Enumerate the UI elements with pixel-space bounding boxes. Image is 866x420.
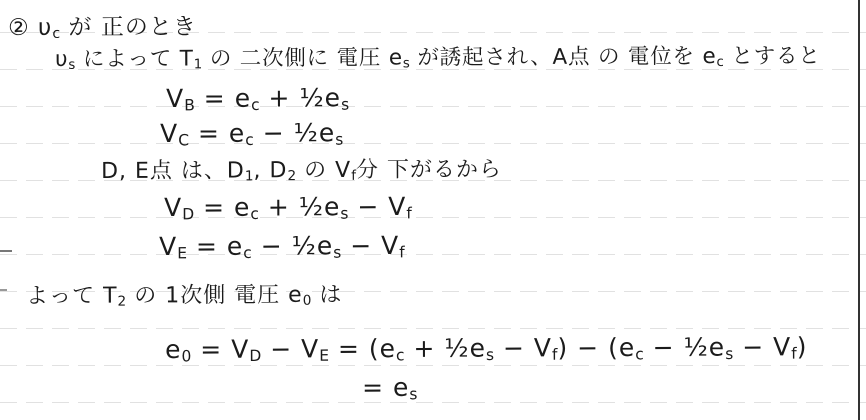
handwritten-equation-ve: VE = ec − ½es − Vf [159, 231, 405, 262]
handwritten-equation-vd: VD = ec + ½es − Vf [164, 192, 412, 223]
handwritten-line-explanation-output: よって T2 の 1次側 電圧 e0 は [26, 278, 342, 310]
handwritten-equation-vc: VC = ec − ½es [160, 118, 343, 149]
handwritten-equation-vb: VB = ec + ½es [166, 83, 349, 114]
page-edge-line [858, 0, 860, 420]
rule-edge-mark [0, 289, 7, 291]
handwritten-equation-eo: e0 = VD − VE = (ec + ½es − Vf) − (ec − ½… [165, 332, 807, 365]
rule-edge-mark [0, 250, 12, 252]
notebook-page: ② υc が 正のとき υs によって T1 の 二次側に 電圧 es が誘起さ… [0, 0, 866, 420]
handwritten-line-explanation-drop: D, E点 は、D1, D2 の Vf分 下がるから [101, 152, 502, 185]
handwritten-line-explanation-induce: υs によって T1 の 二次側に 電圧 es が誘起され、A点 の 電位を e… [55, 39, 821, 73]
handwritten-equation-eo-result: = es [362, 373, 417, 404]
handwritten-line-case-heading: ② υc が 正のとき [8, 8, 197, 42]
